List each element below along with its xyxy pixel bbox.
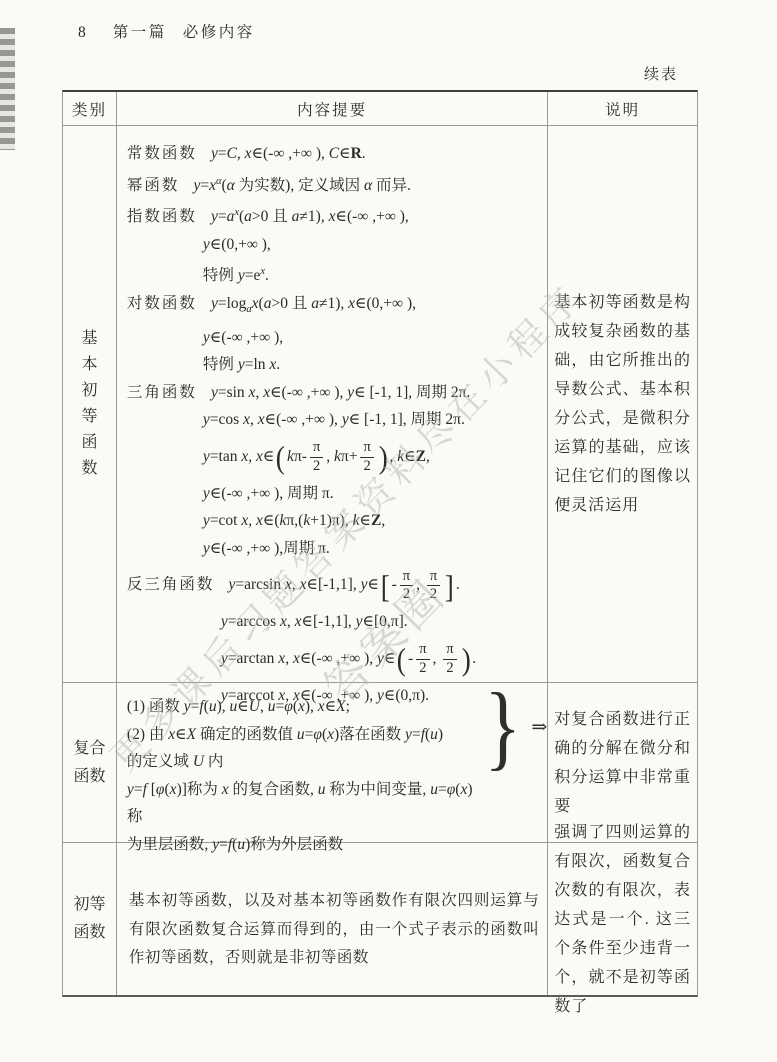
table-header-row: 类别 内容提要 说明	[63, 92, 697, 126]
category-cell: 初等函数	[63, 843, 117, 995]
formula-line: y=cos x, x∈(-∞ ,+∞ ), y∈ [-1, 1], 周期 2π.	[203, 406, 539, 434]
formula-text: (2) 由 x∈X 确定的函数值 u=φ(x)落在函数 y=f(u)	[127, 726, 443, 743]
content-cell: 基本初等函数，以及对基本初等函数作有限次四则运算与有限次函数复合运算而得到的，由…	[117, 843, 548, 995]
function-type-label: 指数函数	[127, 208, 197, 225]
grouping-brace: }	[484, 683, 520, 769]
content-lines: 基本初等函数，以及对基本初等函数作有限次四则运算与有限次函数复合运算而得到的，由…	[117, 843, 547, 973]
category-label: 复合函数	[72, 735, 106, 791]
formula-text: y=f [φ(x)]称为 x 的复合函数, u 称为中间变量, u=φ(x)称	[127, 781, 473, 826]
formula-line: 特例 y=ln x.	[203, 351, 539, 379]
page-number: 8	[78, 24, 87, 41]
content-lines: 常数函数y=C, x∈(-∞ ,+∞ ), C∈R.幂函数y=xα(α 为实数)…	[117, 126, 547, 709]
table-row-basic-elementary-functions: 基本初等函数 常数函数y=C, x∈(-∞ ,+∞ ), C∈R.幂函数y=xα…	[63, 126, 697, 683]
page-header: 8第一篇必修内容	[78, 20, 255, 42]
category-label: 初等函数	[72, 891, 106, 947]
note-cell: 基本初等函数是构成较复杂函数的基础，由它所推出的导数公式、基本积分公式，是微积分…	[548, 126, 697, 682]
formula-line: y=arccos x, x∈[-1,1], y∈[0,π].	[221, 608, 539, 636]
content-cell: (1) 函数 y=f(u), u∈U, u=φ(x), x∈X;(2) 由 x∈…	[117, 683, 548, 842]
formula-line: (1) 函数 y=f(u), u∈U, u=φ(x), x∈X;	[127, 693, 483, 721]
formula-line: y∈(-∞ ,+∞ ),	[203, 324, 539, 352]
formula-text: y∈(0,+∞ ),	[203, 236, 271, 253]
section-title: 必修内容	[183, 24, 255, 41]
formula-line: 幂函数y=xα(α 为实数), 定义域因 α 而异.	[127, 168, 539, 200]
formula-line: y=f [φ(x)]称为 x 的复合函数, u 称为中间变量, u=φ(x)称	[127, 776, 483, 831]
formula-line: 基本初等函数，以及对基本初等函数作有限次四则运算与有限次函数复合运算而得到的，由…	[129, 887, 539, 973]
note-cell: 强调了四则运算的有限次，函数复合次数的有限次，表达式是一个. 这三个条件至少违背…	[548, 843, 697, 995]
formula-line: y=cot x, x∈(kπ,(k+1)π), k∈Z,	[203, 507, 539, 535]
function-type-label: 三角函数	[127, 384, 197, 401]
formula-line: 的定义域 U 内	[127, 748, 483, 776]
formula-text: y=C, x∈(-∞ ,+∞ ), C∈R.	[211, 145, 366, 162]
formula-text: y∈(-∞ ,+∞ ),	[203, 329, 283, 346]
category-cell: 复合函数	[63, 683, 117, 842]
formula-text: y=ax(a>0 且 a≠1), x∈(-∞ ,+∞ ),	[211, 208, 409, 225]
formula-line: 特例 y=ex.	[203, 258, 539, 290]
table-continuation-label: 续表	[62, 63, 698, 84]
formula-line: y∈(-∞ ,+∞ ), 周期 π.	[203, 480, 539, 508]
formula-line: y∈(0,+∞ ),	[203, 231, 539, 259]
function-type-label: 对数函数	[127, 295, 197, 312]
note-text: 基本初等函数是构成较复杂函数的基础，由它所推出的导数公式、基本积分公式，是微积分…	[554, 288, 691, 520]
content-cell: 常数函数y=C, x∈(-∞ ,+∞ ), C∈R.幂函数y=xα(α 为实数)…	[117, 126, 548, 682]
function-type-label: 幂函数	[127, 177, 180, 194]
formula-line: 三角函数y=sin x, x∈(-∞ ,+∞ ), y∈ [-1, 1], 周期…	[127, 379, 539, 407]
formula-text: y=arcsin x, x∈[-1,1], y∈[-π2, π2].	[228, 576, 459, 593]
formula-line: y∈(-∞ ,+∞ ),周期 π.	[203, 535, 539, 563]
function-type-label: 反三角函数	[127, 576, 215, 593]
formula-text: y=tan x, x∈(kπ-π2, kπ+π2), k∈Z,	[203, 448, 430, 465]
function-type-label: 常数函数	[127, 145, 197, 162]
formula-line: 对数函数y=logax(a>0 且 a≠1), x∈(0,+∞ ),	[127, 290, 539, 324]
formula-text: y∈(-∞ ,+∞ ), 周期 π.	[203, 485, 334, 502]
section-label: 第一篇	[113, 24, 167, 41]
implies-arrow: ⇒	[531, 716, 547, 739]
formula-text: y=arccos x, x∈[-1,1], y∈[0,π].	[221, 613, 408, 630]
formula-line: (2) 由 x∈X 确定的函数值 u=φ(x)落在函数 y=f(u)	[127, 721, 483, 749]
formula-text: 基本初等函数，以及对基本初等函数作有限次四则运算与有限次函数复合运算而得到的，由…	[129, 892, 539, 966]
note-text: 对复合函数进行正确的分解在微分和积分运算中非常重要	[554, 705, 691, 821]
formula-line: 反三角函数y=arcsin x, x∈[-1,1], y∈[-π2, π2].	[127, 562, 539, 608]
function-summary-table: 类别 内容提要 说明 基本初等函数 常数函数y=C, x∈(-∞ ,+∞ ), …	[62, 90, 698, 997]
category-label: 基本初等函数	[80, 326, 98, 482]
formula-text: 的定义域 U 内	[127, 753, 223, 770]
formula-text: (1) 函数 y=f(u), u∈U, u=φ(x), x∈X;	[127, 698, 350, 715]
formula-text: y∈(-∞ ,+∞ ),周期 π.	[203, 540, 330, 557]
formula-text: y=cos x, x∈(-∞ ,+∞ ), y∈ [-1, 1], 周期 2π.	[203, 411, 465, 428]
table-row-elementary-functions: 初等函数 基本初等函数，以及对基本初等函数作有限次四则运算与有限次函数复合运算而…	[63, 843, 697, 995]
note-text: 强调了四则运算的有限次，函数复合次数的有限次，表达式是一个. 这三个条件至少违背…	[554, 818, 691, 1021]
formula-text: y=sin x, x∈(-∞ ,+∞ ), y∈ [-1, 1], 周期 2π.	[211, 384, 470, 401]
content-lines: (1) 函数 y=f(u), u∈U, u=φ(x), x∈X;(2) 由 x∈…	[117, 683, 547, 858]
binding-marks	[0, 28, 15, 150]
category-cell: 基本初等函数	[63, 126, 117, 682]
formula-text: y=xα(α 为实数), 定义域因 α 而异.	[193, 177, 410, 194]
formula-text: y=cot x, x∈(kπ,(k+1)π), k∈Z,	[203, 512, 385, 529]
formula-line: 常数函数y=C, x∈(-∞ ,+∞ ), C∈R.	[127, 140, 539, 168]
header-content: 内容提要	[117, 92, 548, 125]
formula-text: 特例 y=ex.	[203, 267, 269, 284]
header-category: 类别	[63, 92, 117, 125]
formula-text: 特例 y=ln x.	[203, 356, 280, 373]
formula-text: y=arctan x, x∈(-∞ ,+∞ ), y∈(-π2, π2).	[221, 650, 476, 667]
formula-line: 指数函数y=ax(a>0 且 a≠1), x∈(-∞ ,+∞ ),	[127, 199, 539, 231]
header-note: 说明	[548, 92, 697, 125]
formula-text: y=logax(a>0 且 a≠1), x∈(0,+∞ ),	[211, 295, 416, 312]
formula-line: y=tan x, x∈(kπ-π2, kπ+π2), k∈Z,	[203, 434, 539, 480]
